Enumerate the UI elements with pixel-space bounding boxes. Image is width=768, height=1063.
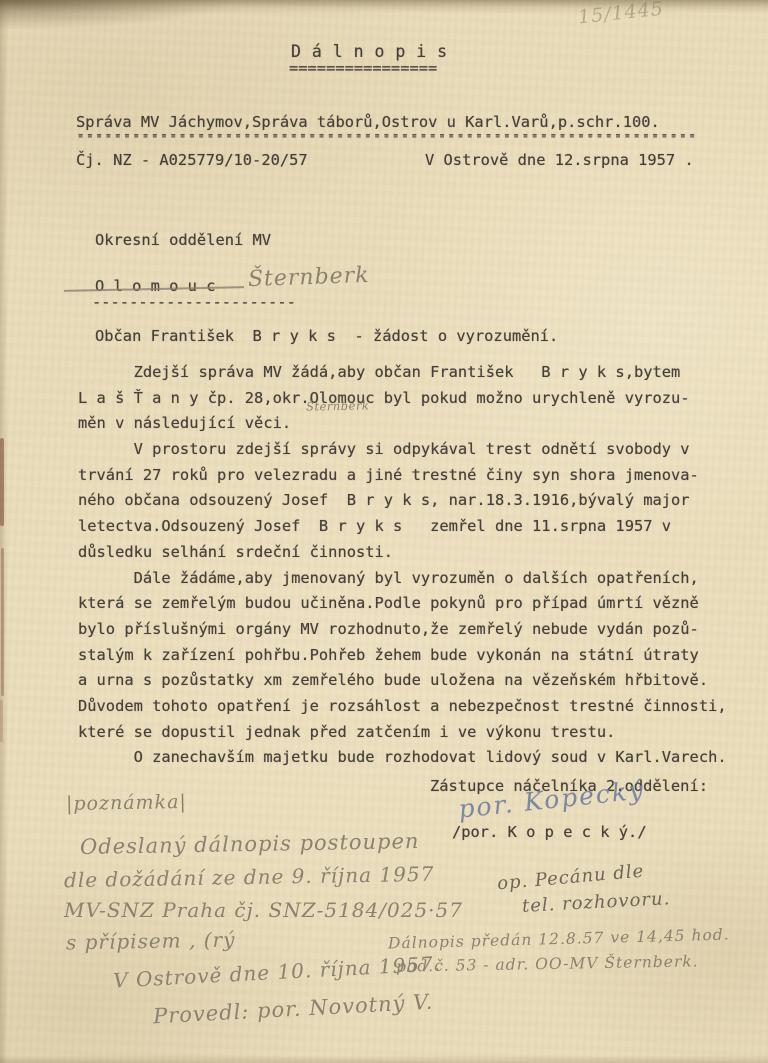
inline-correction-handwriting: Šternberk: [306, 399, 370, 413]
scan-edge-top-left: [0, 0, 240, 30]
note-remark-handwriting: |poznámka|: [66, 792, 187, 815]
body-line: Důvodem tohoto opatření je rozsáhlost a …: [78, 694, 727, 720]
body-line: která se zemřelým budou učiněna.Podle po…: [78, 591, 727, 617]
edge-artifact-streak: [1, 548, 4, 696]
body-line: Dále žádáme,aby jmenovaný byl vyrozuměn …: [78, 566, 727, 592]
body-line: stalým k zařízení pohřbu.Pohřeb žehem bu…: [78, 643, 727, 669]
body-line: L a š Ť a n y čp. 28,okr.Olomouc byl pok…: [78, 386, 727, 412]
body-line: které se dopustil jednak před zatčením i…: [78, 720, 727, 746]
place-date: V Ostrově dne 12.srpna 1957 .: [425, 150, 694, 170]
recipient-office: Okresní oddělení MV: [95, 230, 271, 250]
body-line: ného občana odsouzený Josef B r y k s, n…: [78, 488, 727, 514]
body-line: letectva.Odsouzený Josef B r y k s zemře…: [78, 514, 727, 540]
recipient-underline: ----------------------: [92, 292, 296, 312]
body-text: Zdejší správa MV žádá,aby občan Františe…: [78, 360, 727, 771]
body-line: Zdejší správa MV žádá,aby občan Františe…: [78, 360, 727, 386]
body-line: V prostoru zdejší správy si odpykával tr…: [78, 437, 727, 463]
note-remark-handwriting: s přípisem , (rý: [66, 929, 236, 954]
body-line: bylo příslušnými orgány MV rozhodnuto,že…: [78, 617, 727, 643]
body-line: O zanechavším majetku bude rozhodovat li…: [78, 745, 727, 771]
scan-edge-left: [0, 0, 8, 1063]
body-line: důsledku selhání srdeční činnosti.: [78, 540, 727, 566]
city-correction-handwriting: Šternberk: [248, 264, 370, 292]
body-line: měn v následující věci.: [78, 411, 727, 437]
edge-artifact-streak: [0, 438, 4, 526]
edge-artifact-streak: [0, 700, 3, 742]
signature-typed: /por. K o p e c k ý./: [452, 822, 647, 842]
scan-edge-bottom: [0, 1055, 768, 1063]
ref-number: Čj. NZ - A025779/10-20/57: [76, 150, 308, 170]
note-remark-handwriting: MV-SNZ Praha čj. SNZ-5184/025·57: [64, 899, 463, 921]
body-line: a urna s pozůstatky xm zemřelého bude ul…: [78, 668, 727, 694]
subject-line: Občan František B r y k s - žádost o vyr…: [95, 326, 558, 346]
org-underline: ----------------------------------------…: [76, 128, 697, 140]
body-line: trvání 27 roků pro velezradu a jiné tres…: [78, 463, 727, 489]
title-underline: ================: [289, 58, 437, 78]
